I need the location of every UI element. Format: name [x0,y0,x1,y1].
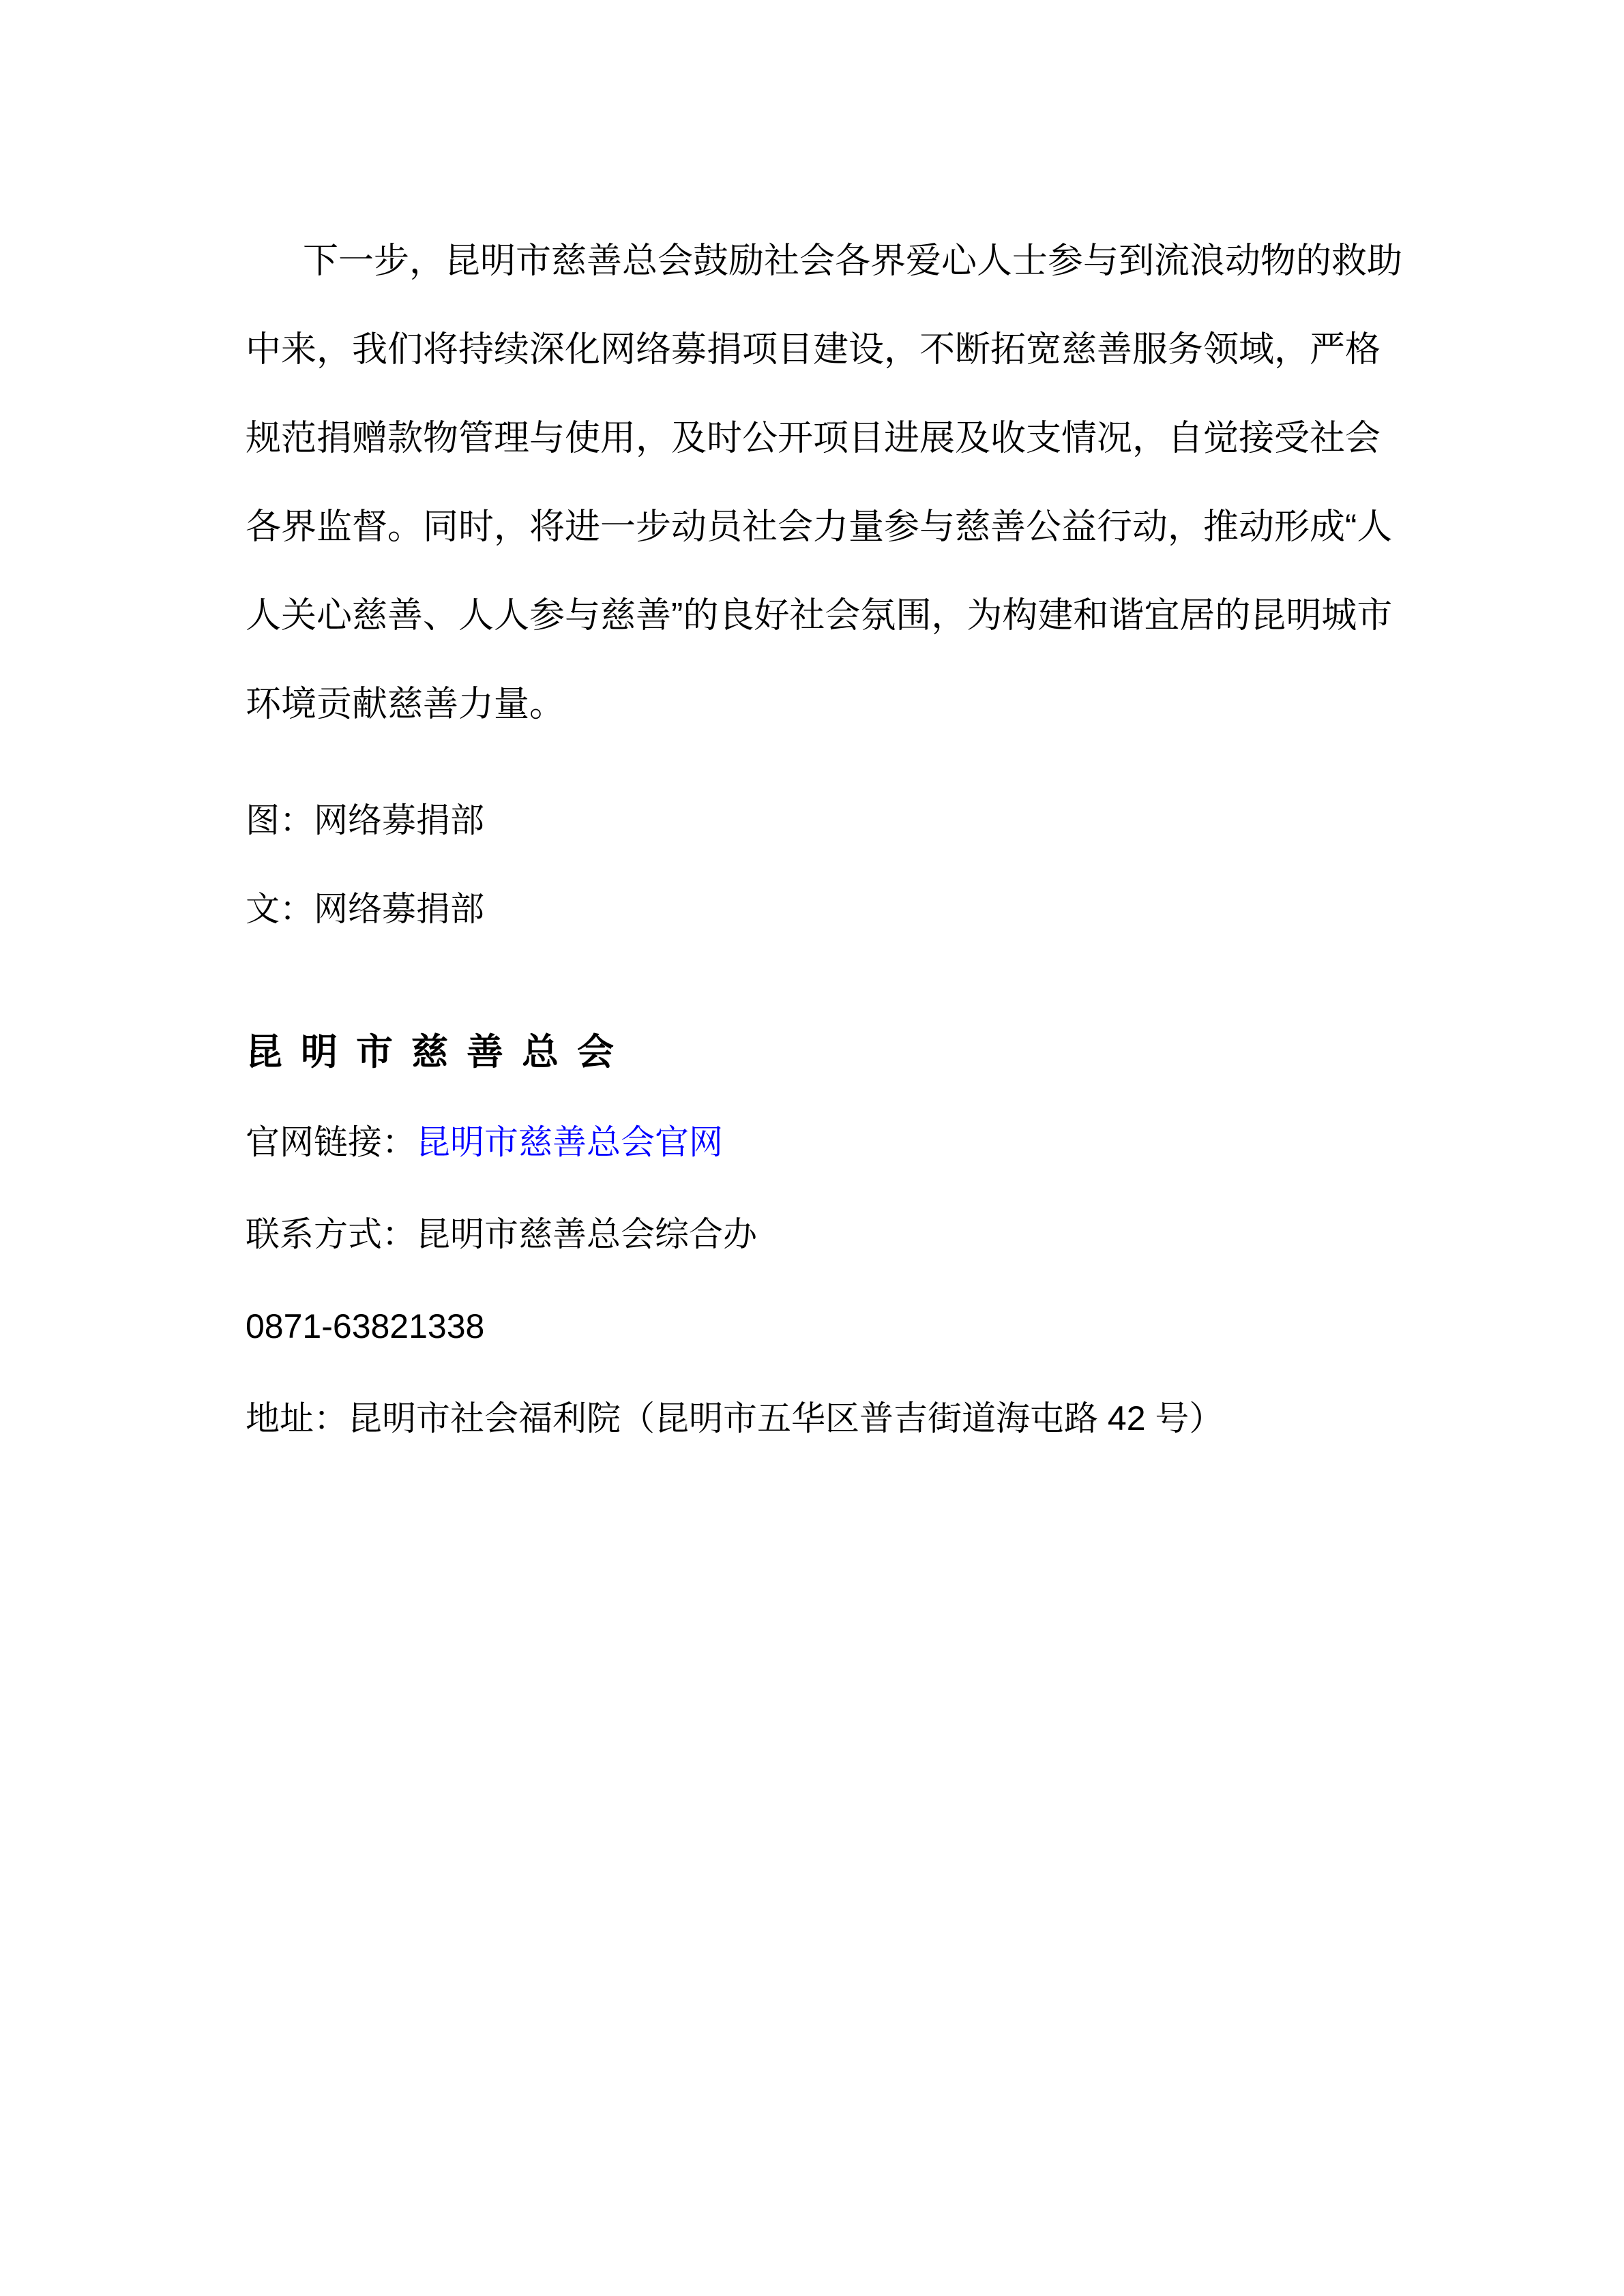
paragraph-line-3: 规范捐赠款物管理与使用，及时公开项目进展及收支情况，自觉接受社会 [246,394,1378,483]
org-name-heading: 昆明市慈善总会 [246,1008,1378,1097]
official-site-link[interactable]: 昆明市慈善总会官网 [416,1123,723,1161]
paragraph-line-5: 人关心慈善、人人参与慈善”的良好社会氛围，为构建和谐宜居的昆明城市 [246,571,1378,660]
address-line: 地址：昆明市社会福利院（昆明市五华区普吉街道海屯路 42 号） [246,1373,1378,1465]
credits-block: 图：网络募捐部 文：网络募捐部 [246,776,1378,953]
phone-line: 0871-63821338 [246,1281,1378,1373]
paragraph-line-6: 环境贡献慈善力量。 [246,660,1378,749]
paragraph-line-4: 各界监督。同时，将进一步动员社会力量参与慈善公益行动，推动形成“人 [246,483,1378,571]
contact-label: 联系方式： [246,1215,416,1253]
photo-credit-line: 图：网络募捐部 [246,776,1378,865]
address-label: 地址： [246,1399,348,1437]
address-value: 昆明市社会福利院（昆明市五华区普吉街道海屯路 42 号） [348,1399,1223,1437]
text-credit-line: 文：网络募捐部 [246,865,1378,953]
website-link-line: 官网链接：昆明市慈善总会官网 [246,1097,1378,1189]
contact-value: 昆明市慈善总会综合办 [416,1215,757,1253]
document-content: 下一步，昆明市慈善总会鼓励社会各界爱心人士参与到流浪动物的救助 中来，我们将持续… [0,0,1624,1465]
contact-line: 联系方式：昆明市慈善总会综合办 [246,1189,1378,1281]
paragraph-line-1: 下一步，昆明市慈善总会鼓励社会各界爱心人士参与到流浪动物的救助 [246,217,1378,305]
website-link-label: 官网链接： [246,1123,416,1161]
document-page: 下一步，昆明市慈善总会鼓励社会各界爱心人士参与到流浪动物的救助 中来，我们将持续… [0,0,1624,2296]
body-paragraph: 下一步，昆明市慈善总会鼓励社会各界爱心人士参与到流浪动物的救助 中来，我们将持续… [246,217,1378,749]
paragraph-line-2: 中来，我们将持续深化网络募捐项目建设，不断拓宽慈善服务领域，严格 [246,305,1378,394]
